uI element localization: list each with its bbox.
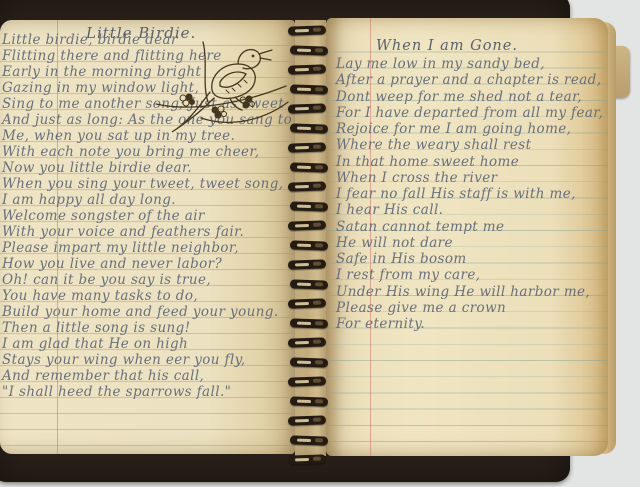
spiral-ring bbox=[288, 220, 326, 230]
poem-line: After a prayer and a chapter is read, bbox=[336, 72, 603, 88]
spiral-ring bbox=[288, 64, 326, 74]
poem-right: Lay me low in my sandy bed,After a praye… bbox=[336, 56, 603, 332]
poem-line: With your voice and feathers fair. bbox=[2, 224, 292, 240]
spiral-ring bbox=[288, 142, 326, 152]
spiral-ring bbox=[288, 376, 326, 386]
poem-line: I rest from my care, bbox=[336, 267, 603, 283]
spiral-ring bbox=[288, 337, 326, 347]
poem-line: When you sing your tweet, tweet song, bbox=[2, 176, 292, 192]
spiral-ring bbox=[288, 415, 326, 425]
poem-line: Welcome songster of the air bbox=[2, 208, 292, 224]
poem-line: Under His wing He will harbor me, bbox=[336, 284, 603, 300]
poem-line: Safe in His bosom bbox=[336, 251, 603, 267]
poem-line: Oh! can it be you say is true, bbox=[2, 272, 292, 288]
spiral-ring bbox=[290, 201, 328, 211]
spiral-ring bbox=[288, 103, 326, 113]
poem-line: Now you little birdie dear. bbox=[2, 160, 292, 176]
bird-sketch-icon bbox=[146, 40, 292, 136]
spiral-ring bbox=[290, 84, 328, 94]
poem-line: Dont weep for me shed not a tear, bbox=[336, 89, 603, 105]
spiral-ring bbox=[288, 25, 326, 35]
poem-line: When I cross the river bbox=[336, 170, 603, 186]
poem-line: "I shall heed the sparrows fall." bbox=[2, 384, 292, 400]
poem-line: Please impart my little neighbor, bbox=[2, 240, 292, 256]
left-page: Little Birdie. Little birdie, birdie dea… bbox=[0, 20, 295, 454]
poem-line: You have many tasks to do, bbox=[2, 288, 292, 304]
spiral-ring bbox=[290, 279, 328, 289]
spiral-binding bbox=[288, 26, 332, 464]
right-page: When I am Gone. Lay me low in my sandy b… bbox=[326, 18, 608, 456]
poem-line: I am happy all day long. bbox=[2, 192, 292, 208]
poem-line: Please give me a crown bbox=[336, 300, 603, 316]
poem-line: With each note you bring me cheer, bbox=[2, 144, 292, 160]
poem-line: And remember that his call, bbox=[2, 368, 292, 384]
poem-line: Build your home and feed your young. bbox=[2, 304, 292, 320]
spiral-ring bbox=[288, 454, 326, 464]
spiral-ring bbox=[290, 357, 328, 367]
page-title: When I am Gone. bbox=[376, 38, 518, 54]
spiral-ring bbox=[290, 123, 328, 133]
poem-line: Then a little song is sung! bbox=[2, 320, 292, 336]
poem-line: Stays your wing when eer you fly, bbox=[2, 352, 292, 368]
spiral-ring bbox=[288, 298, 326, 308]
spiral-ring bbox=[288, 259, 326, 269]
poem-line: Where the weary shall rest bbox=[336, 137, 603, 153]
spiral-ring bbox=[290, 396, 328, 406]
poem-line: Lay me low in my sandy bed, bbox=[336, 56, 603, 72]
spiral-ring bbox=[290, 435, 328, 445]
poem-line: How you live and never labor? bbox=[2, 256, 292, 272]
poem-line: I hear His call. bbox=[336, 202, 603, 218]
poem-line: In that home sweet home bbox=[336, 154, 603, 170]
poem-line: I fear no fall His staff is with me, bbox=[336, 186, 603, 202]
spiral-ring bbox=[290, 45, 328, 55]
poem-line: I am glad that He on high bbox=[2, 336, 292, 352]
spiral-ring bbox=[290, 240, 328, 250]
poem-line: He will not dare bbox=[336, 235, 603, 251]
spiral-ring bbox=[288, 181, 326, 191]
poem-line: For I have departed from all my fear, bbox=[336, 105, 603, 121]
spiral-ring bbox=[290, 162, 328, 172]
poem-line: Rejoice for me I am going home, bbox=[336, 121, 603, 137]
spiral-ring bbox=[290, 318, 328, 328]
notebook-photo: Little Birdie. Little birdie, birdie dea… bbox=[0, 0, 640, 487]
poem-line: For eternity. bbox=[336, 316, 603, 332]
poem-line: Satan cannot tempt me bbox=[336, 219, 603, 235]
